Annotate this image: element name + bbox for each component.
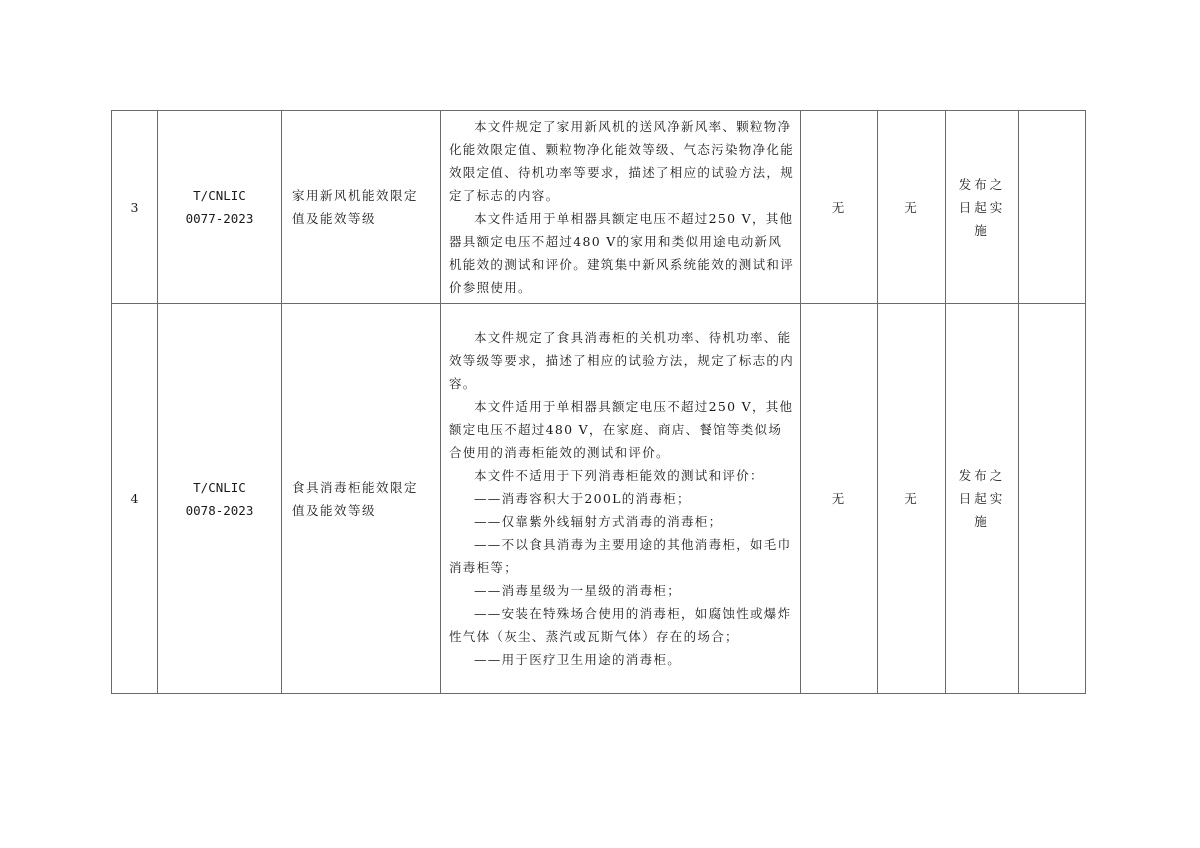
standard-code-prefix: T/CNLIC — [158, 476, 281, 499]
standard-name-line: 值及能效等级 — [292, 207, 430, 230]
implementation-line: 发布之 — [958, 464, 1006, 487]
standard-name-line: 值及能效等级 — [292, 499, 430, 522]
exclusion-item: ——安装在特殊场合使用的消毒柜，如腐蚀性或爆炸性气体（灰尘、蒸汽或瓦斯气体）存在… — [449, 602, 794, 648]
implementation-date: 发布之 日起实 施 — [946, 304, 1019, 694]
document-page: 3 T/CNLIC 0077-2023 家用新风机能效限定 值及能效等级 本文件… — [0, 0, 1200, 848]
replaced-standard: 无 — [801, 111, 878, 304]
description-paragraph: 本文件规定了家用新风机的送风净新风率、颗粒物净化能效限定值、颗粒物净化能效等级、… — [449, 115, 794, 207]
description-paragraph: 本文件规定了食具消毒柜的关机功率、待机功率、能效等级等要求，描述了相应的试验方法… — [449, 326, 794, 395]
exclusion-item: ——消毒容积大于200L的消毒柜； — [449, 487, 794, 510]
implementation-line: 日起实 — [958, 487, 1006, 510]
implementation-date: 发布之 日起实 施 — [946, 111, 1019, 304]
remarks-cell — [1019, 304, 1086, 694]
adopted-standard: 无 — [878, 111, 946, 304]
adopted-standard: 无 — [878, 304, 946, 694]
exclusion-item: ——用于医疗卫生用途的消毒柜。 — [449, 648, 794, 671]
standard-description: 本文件规定了食具消毒柜的关机功率、待机功率、能效等级等要求，描述了相应的试验方法… — [441, 304, 801, 694]
implementation-line: 施 — [958, 510, 1006, 533]
table-row: 4 T/CNLIC 0078-2023 食具消毒柜能效限定 值及能效等级 本文件… — [112, 304, 1086, 694]
standard-name-line: 食具消毒柜能效限定 — [292, 476, 430, 499]
standard-code-number: 0078-2023 — [158, 499, 281, 522]
description-paragraph: 本文件适用于单相器具额定电压不超过250 V，其他额定电压不超过480 V，在家… — [449, 395, 794, 464]
table-row: 3 T/CNLIC 0077-2023 家用新风机能效限定 值及能效等级 本文件… — [112, 111, 1086, 304]
description-paragraph: 本文件适用于单相器具额定电压不超过250 V，其他器具额定电压不超过480 V的… — [449, 207, 794, 299]
implementation-line: 日起实 — [958, 196, 1006, 219]
standard-name: 食具消毒柜能效限定 值及能效等级 — [282, 304, 441, 694]
implementation-line: 施 — [958, 219, 1006, 242]
standard-code: T/CNLIC 0077-2023 — [158, 111, 282, 304]
standard-code-number: 0077-2023 — [158, 207, 281, 230]
exclusion-item: ——消毒星级为一星级的消毒柜； — [449, 579, 794, 602]
exclusion-item: ——不以食具消毒为主要用途的其他消毒柜，如毛巾消毒柜等； — [449, 533, 794, 579]
standard-code-prefix: T/CNLIC — [158, 184, 281, 207]
implementation-line: 发布之 — [958, 173, 1006, 196]
remarks-cell — [1019, 111, 1086, 304]
row-number: 4 — [112, 304, 158, 694]
standard-name-line: 家用新风机能效限定 — [292, 184, 430, 207]
exclusion-item: ——仅靠紫外线辐射方式消毒的消毒柜； — [449, 510, 794, 533]
description-paragraph: 本文件不适用于下列消毒柜能效的测试和评价： — [449, 464, 794, 487]
standard-description: 本文件规定了家用新风机的送风净新风率、颗粒物净化能效限定值、颗粒物净化能效等级、… — [441, 111, 801, 304]
standards-table: 3 T/CNLIC 0077-2023 家用新风机能效限定 值及能效等级 本文件… — [111, 110, 1086, 694]
replaced-standard: 无 — [801, 304, 878, 694]
standard-code: T/CNLIC 0078-2023 — [158, 304, 282, 694]
standard-name: 家用新风机能效限定 值及能效等级 — [282, 111, 441, 304]
row-number: 3 — [112, 111, 158, 304]
